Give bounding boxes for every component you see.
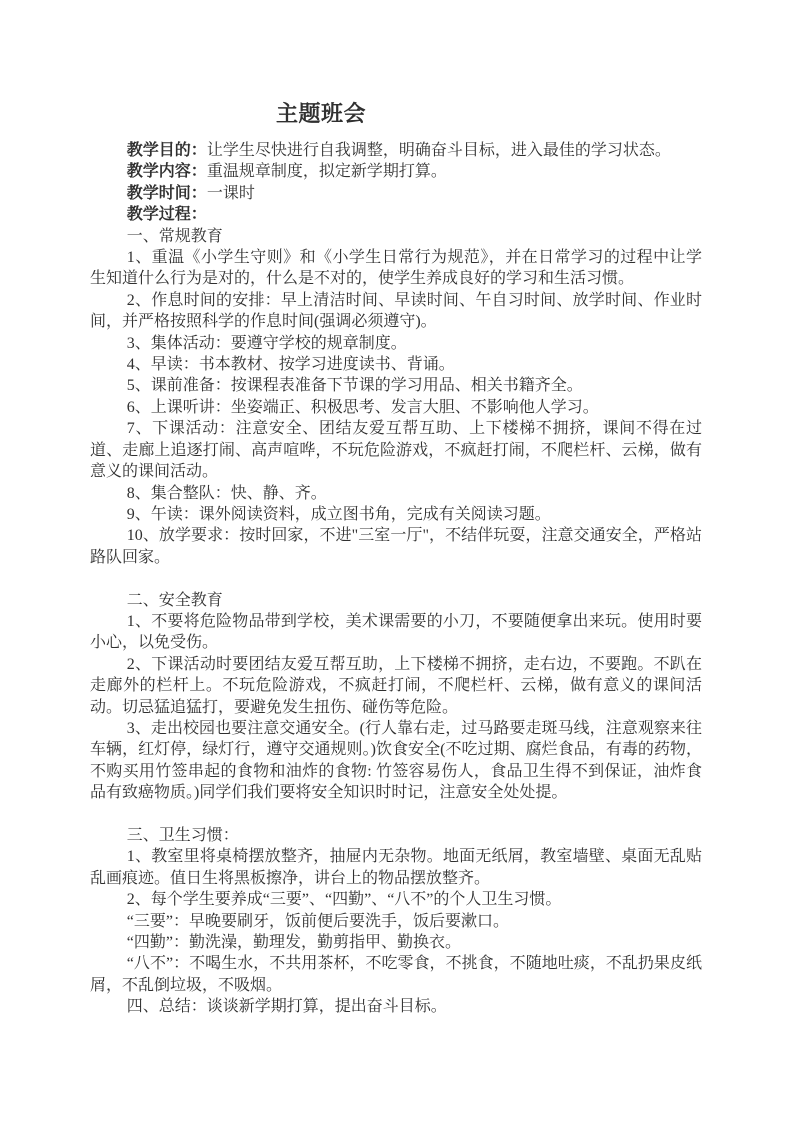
- meta-line-content: 教学内容：重温规章制度，拟定新学期打算。: [90, 161, 702, 182]
- paragraph: “八不”：不喝生水，不共用茶杯，不吃零食，不挑食，不随地吐痰，不乱扔果皮纸屑，不…: [90, 953, 702, 996]
- section-heading: 一、常规教育: [90, 226, 702, 247]
- paragraph: 2、作息时间的安排：早上清洁时间、早读时间、午自习时间、放学时间、作业时间，并严…: [90, 290, 702, 333]
- meta-text: 一课时: [207, 185, 255, 202]
- section-summary: 四、总结：谈谈新学期打算，提出奋斗目标。: [90, 996, 702, 1017]
- meta-label: 教学时间：: [127, 185, 207, 202]
- paragraph: 1、重温《小学生守则》和《小学生日常行为规范》，并在日常学习的过程中让学生知道什…: [90, 247, 702, 290]
- paragraph: “四勤”：勤洗澡，勤理发，勤剪指甲、勤换衣。: [90, 932, 702, 953]
- paragraph: 7、下课活动：注意安全、团结友爱互帮互助、上下楼梯不拥挤，课间不得在过道、走廊上…: [90, 418, 702, 482]
- section-hygiene-habits: 三、卫生习惯： 1、教室里将桌椅摆放整齐，抽屉内无杂物。地面无纸屑，教室墙壁、桌…: [90, 825, 702, 996]
- meta-line-objective: 教学目的：让学生尽快进行自我调整，明确奋斗目标，进入最佳的学习状态。: [90, 140, 702, 161]
- section-heading: 四、总结：谈谈新学期打算，提出奋斗目标。: [90, 996, 702, 1017]
- paragraph: 4、早读：书本教材、按学习进度读书、背诵。: [90, 354, 702, 375]
- paragraph: 2、每个学生要养成“三要”、“四勤”、“八不”的个人卫生习惯。: [90, 889, 702, 910]
- section-heading: 二、安全教育: [90, 590, 702, 611]
- section-heading: 三、卫生习惯：: [90, 825, 702, 846]
- paragraph: 10、放学要求：按时回家，不进"三室一厅"，不结伴玩耍，注意交通安全，严格站路队…: [90, 525, 702, 568]
- meta-text: 让学生尽快进行自我调整，明确奋斗目标，进入最佳的学习状态。: [207, 142, 671, 159]
- meta-label: 教学内容：: [127, 163, 207, 180]
- paragraph: 5、课前准备：按课程表准备下节课的学习用品、相关书籍齐全。: [90, 375, 702, 396]
- paragraph: 1、教室里将桌椅摆放整齐，抽屉内无杂物。地面无纸屑，教室墙壁、桌面无乱贴乱画痕迹…: [90, 846, 702, 889]
- paragraph: 2、下课活动时要团结友爱互帮互助，上下楼梯不拥挤，走右边，不要跑。不趴在走廊外的…: [90, 654, 702, 718]
- paragraph: 6、上课听讲：坐姿端正、积极思考、发言大胆、不影响他人学习。: [90, 397, 702, 418]
- meta-text: 重温规章制度，拟定新学期打算。: [207, 163, 447, 180]
- meta-block: 教学目的：让学生尽快进行自我调整，明确奋斗目标，进入最佳的学习状态。 教学内容：…: [90, 140, 702, 226]
- meta-label: 教学过程：: [127, 206, 207, 223]
- paragraph: 3、走出校园也要注意交通安全。(行人靠右走，过马路要走斑马线，注意观察来往车辆，…: [90, 718, 702, 804]
- paragraph: 3、集体活动：要遵守学校的规章制度。: [90, 333, 702, 354]
- section-regular-education: 一、常规教育 1、重温《小学生守则》和《小学生日常行为规范》，并在日常学习的过程…: [90, 226, 702, 569]
- paragraph: 8、集合整队：快、静、齐。: [90, 483, 702, 504]
- paragraph: 1、不要将危险物品带到学校，美术课需要的小刀，不要随便拿出来玩。使用时要小心，以…: [90, 611, 702, 654]
- section-safety-education: 二、安全教育 1、不要将危险物品带到学校，美术课需要的小刀，不要随便拿出来玩。使…: [90, 590, 702, 804]
- paragraph: “三要”：早晚要刷牙，饭前便后要洗手，饭后要漱口。: [90, 911, 702, 932]
- meta-line-process: 教学过程：: [90, 204, 702, 225]
- meta-line-time: 教学时间：一课时: [90, 183, 702, 204]
- document-page: 主题班会 教学目的：让学生尽快进行自我调整，明确奋斗目标，进入最佳的学习状态。 …: [0, 0, 793, 1122]
- document-title: 主题班会: [276, 100, 702, 127]
- meta-label: 教学目的：: [127, 142, 207, 159]
- paragraph: 9、午读：课外阅读资料，成立图书角，完成有关阅读习题。: [90, 504, 702, 525]
